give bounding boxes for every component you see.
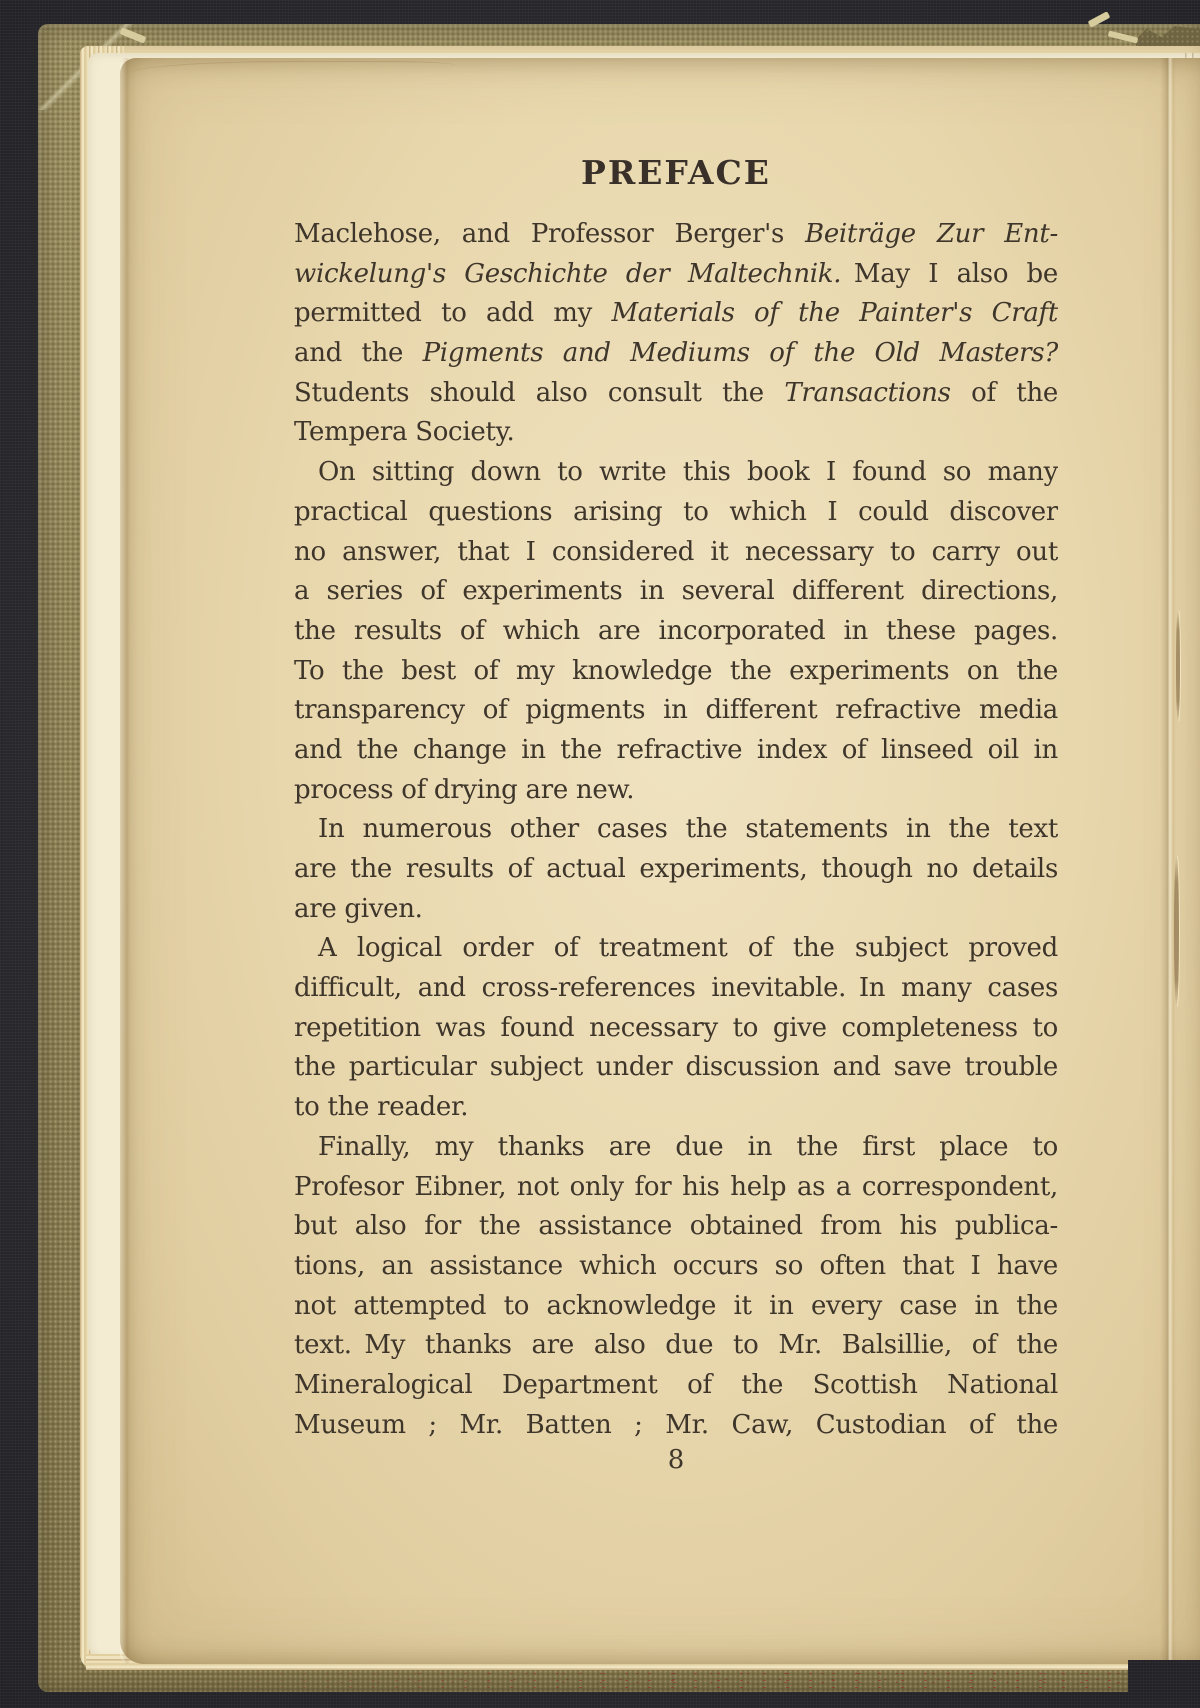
text-line: and the change in the refractive index o… xyxy=(294,731,1058,771)
text-line: Maclehose, and Professor Berger's Beiträ… xyxy=(294,215,1058,255)
text-line: Students should also consult the Transac… xyxy=(294,374,1058,414)
body-text: In numerous other cases the statements i… xyxy=(318,814,1058,844)
body-text: On sitting down to write this book I fou… xyxy=(318,457,1058,487)
body-text: are the results of actual experiments, t… xyxy=(294,854,1058,884)
body-text: a series of experiments in several diffe… xyxy=(294,576,1058,606)
page-top-edge-line xyxy=(126,61,456,76)
text-block: Maclehose, and Professor Berger's Beiträ… xyxy=(294,215,1058,1445)
body-text: To the best of my knowledge the experime… xyxy=(294,656,1058,686)
text-line: Mineralogical Department of the Scottish… xyxy=(294,1366,1058,1406)
binding-stitch xyxy=(1174,855,1179,1007)
text-line: no answer, that I considered it necessar… xyxy=(294,533,1058,573)
text-line: not attempted to acknowledge it in every… xyxy=(294,1287,1058,1327)
text-line: a series of experiments in several diffe… xyxy=(294,572,1058,612)
text-line: are given. xyxy=(294,890,1058,930)
body-text: process of drying are new. xyxy=(294,775,634,805)
text-line: A logical order of treatment of the subj… xyxy=(294,929,1058,969)
body-text: May I also be xyxy=(841,259,1058,289)
binding-crease xyxy=(1160,58,1176,1664)
body-text: of the xyxy=(951,378,1058,408)
page-number: 8 xyxy=(294,1440,1058,1480)
body-text: Maclehose, and Professor Berger's xyxy=(294,219,805,249)
body-text: Museum ; Mr. Batten ; Mr. Caw, Custodian… xyxy=(294,1410,1058,1440)
text-line: Tempera Society. xyxy=(294,413,1058,453)
text-line: Finally, my thanks are due in the first … xyxy=(294,1128,1058,1168)
body-text: Profesor Eibner, not only for his help a… xyxy=(294,1172,1058,1202)
body-text: text. My thanks are also due to Mr. Bals… xyxy=(294,1330,1058,1360)
italic-text: Beiträge Zur Ent- xyxy=(805,219,1058,249)
text-line: On sitting down to write this book I fou… xyxy=(294,453,1058,493)
body-text: difficult, and cross-references inevitab… xyxy=(294,973,1058,1003)
italic-text: wickelung's Geschichte der Maltechnik. xyxy=(294,259,841,289)
body-text: Tempera Society. xyxy=(294,417,514,447)
text-line: process of drying are new. xyxy=(294,771,1058,811)
body-text: no answer, that I considered it necessar… xyxy=(294,537,1058,567)
body-text: Mineralogical Department of the Scottish… xyxy=(294,1370,1058,1400)
body-text: are given. xyxy=(294,894,423,924)
italic-text: Transactions xyxy=(784,378,950,408)
text-line: Profesor Eibner, not only for his help a… xyxy=(294,1168,1058,1208)
body-text: not attempted to acknowledge it in every… xyxy=(294,1291,1058,1321)
text-line: repetition was found necessary to give c… xyxy=(294,1009,1058,1049)
scanned-book-photo: PREFACE Maclehose, and Professor Berger'… xyxy=(0,0,1200,1708)
text-line: tions, an assistance which occurs so oft… xyxy=(294,1247,1058,1287)
body-text: A logical order of treatment of the subj… xyxy=(318,933,1058,963)
italic-text: Pigments and Mediums of the Old Masters? xyxy=(423,338,1058,368)
photo-background xyxy=(1128,1660,1200,1708)
text-line: wickelung's Geschichte der Maltechnik. M… xyxy=(294,255,1058,295)
text-line: In numerous other cases the statements i… xyxy=(294,810,1058,850)
body-text: tions, an assistance which occurs so oft… xyxy=(294,1251,1058,1281)
body-text: and the change in the refractive index o… xyxy=(294,735,1058,765)
text-line: practical questions arising to which I c… xyxy=(294,493,1058,533)
binding-stitch xyxy=(1176,610,1180,722)
body-text: permitted to add my xyxy=(294,298,611,328)
body-text: but also for the assistance obtained fro… xyxy=(294,1211,1058,1241)
body-text: repetition was found necessary to give c… xyxy=(294,1013,1058,1043)
text-line: and the Pigments and Mediums of the Old … xyxy=(294,334,1058,374)
text-line: permitted to add my Materials of the Pai… xyxy=(294,294,1058,334)
body-text: and the xyxy=(294,338,423,368)
body-text: transparency of pigments in different re… xyxy=(294,695,1058,725)
body-text: Students should also consult the xyxy=(294,378,784,408)
text-line: transparency of pigments in different re… xyxy=(294,691,1058,731)
text-line: text. My thanks are also due to Mr. Bals… xyxy=(294,1326,1058,1366)
italic-text: Materials of the Painter's Craft xyxy=(611,298,1058,328)
page-title: PREFACE xyxy=(294,153,1058,193)
body-text: to the reader. xyxy=(294,1092,468,1122)
text-line: but also for the assistance obtained fro… xyxy=(294,1207,1058,1247)
body-text: the particular subject under discussion … xyxy=(294,1052,1058,1082)
text-line: difficult, and cross-references inevitab… xyxy=(294,969,1058,1009)
body-text: Finally, my thanks are due in the first … xyxy=(318,1132,1058,1162)
book-page: PREFACE Maclehose, and Professor Berger'… xyxy=(120,58,1200,1664)
body-text: practical questions arising to which I c… xyxy=(294,497,1058,527)
text-line: To the best of my knowledge the experime… xyxy=(294,652,1058,692)
text-line: are the results of actual experiments, t… xyxy=(294,850,1058,890)
text-line: the particular subject under discussion … xyxy=(294,1048,1058,1088)
body-text: the results of which are incorporated in… xyxy=(294,616,1058,646)
text-line: to the reader. xyxy=(294,1088,1058,1128)
text-line: the results of which are incorporated in… xyxy=(294,612,1058,652)
